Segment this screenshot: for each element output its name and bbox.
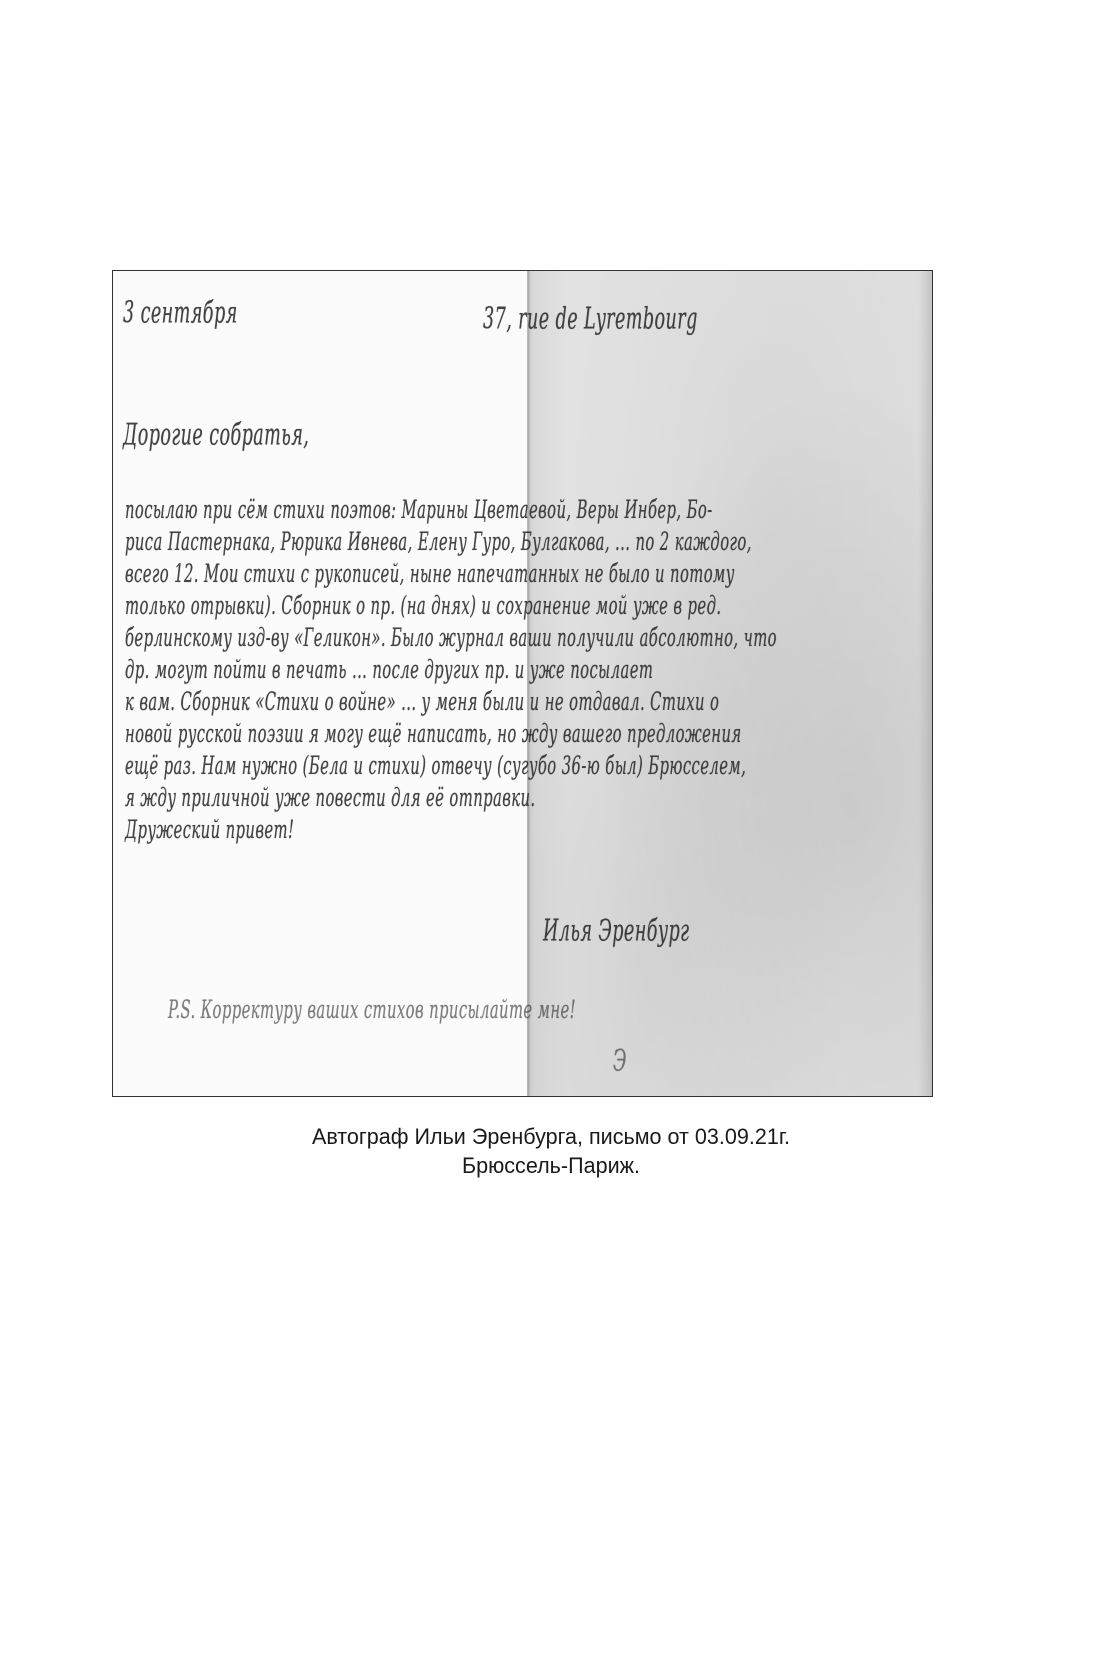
letter-body-line: я жду приличной уже повести для её отпра…: [125, 783, 536, 813]
letter-body-line: др. могут пойти в печать ... после други…: [125, 655, 653, 685]
letter-body-line: берлинскому изд-ву «Геликон». Было журна…: [125, 623, 777, 653]
caption-line-2: Брюссель-Париж.: [11, 1151, 1091, 1180]
letter-postscript: P.S. Корректуру ваших стихов присылайте …: [168, 995, 576, 1025]
letter-body-line: посылаю при сём стихи поэтов: Марины Цве…: [125, 495, 713, 525]
letter-body-line: новой русской поэзии я могу ещё написать…: [125, 719, 742, 749]
letter-body-line: риса Пастернака, Рюрика Ивнева, Елену Гу…: [125, 527, 752, 557]
letter-initial: Э: [613, 1045, 627, 1079]
letter-signature: Илья Эренбург: [543, 915, 689, 949]
letter-body-line: к вам. Сборник «Стихи о войне» ... у мен…: [125, 687, 719, 717]
letter-body-line: Дружеский привет!: [125, 815, 294, 845]
letter-body-line: только отрывки). Сборник о пр. (на днях)…: [125, 591, 721, 621]
letter-salutation: Дорогие собратья,: [123, 419, 309, 453]
caption-line-1: Автограф Ильи Эренбурга, письмо от 03.09…: [11, 1122, 1091, 1151]
letter-body-line: ещё раз. Нам нужно (Бела и стихи) отвечу…: [125, 751, 746, 781]
letter-date: 3 сентября: [123, 297, 238, 331]
scan-edge-shadow: [918, 271, 932, 1096]
letter-body-line: всего 12. Мои стихи с рукописей, ныне на…: [125, 559, 735, 589]
letter-scan-image: 3 сентября 37, rue de Lyrembourg Дорогие…: [112, 270, 933, 1097]
letter-address: 37, rue de Lyrembourg: [483, 303, 698, 337]
figure-caption: Автограф Ильи Эренбурга, письмо от 03.09…: [11, 1122, 1091, 1180]
